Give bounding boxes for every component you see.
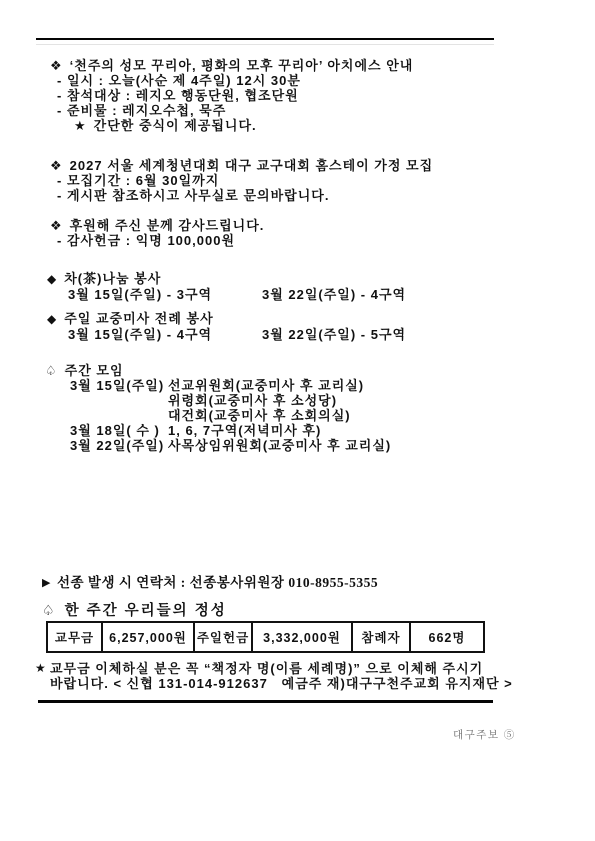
weekly-event: 사목상임위원회(교중미사 후 교리실) (168, 438, 391, 453)
service-dates-line: 3월 15일(주일) - 3구역3월 22일(주일) - 4구역 (0, 287, 595, 302)
arrow-right-icon: ▶ (42, 576, 51, 589)
bulletin-page: ❖‘천주의 성모 꾸리아, 평화의 모후 꾸리아’ 아치에스 안내 - 일시 :… (0, 0, 595, 841)
spade-icon: ♤ (42, 602, 57, 619)
weekly-row: 3월 22일(주일)사목상임위원회(교중미사 후 교리실) (0, 438, 595, 453)
star-icon: ★ (74, 118, 87, 133)
service-date-right: 3월 22일(주일) - 4구역 (262, 287, 406, 302)
service-date-left: 3월 15일(주일) - 4구역 (68, 327, 262, 342)
weekly-row: 위령회(교중미사 후 소성당) (0, 393, 595, 408)
notice-acies: ❖‘천주의 성모 꾸리아, 평화의 모후 꾸리아’ 아치에스 안내 - 일시 :… (0, 58, 595, 133)
table-cell-label: 주일헌금 (194, 622, 252, 652)
weekly-row: 3월 18일( 수 )1, 6, 7구역(저녁미사 후) (0, 423, 595, 438)
weekly-event: 대건회(교중미사 후 소회의실) (168, 408, 351, 423)
notice-title-line: ❖2027 서울 세계청년대회 대구 교구대회 홈스테이 가정 모집 (0, 158, 595, 173)
diamond-icon: ◆ (47, 312, 57, 327)
note-line: 교무금 이체하실 분은 꼭 “책정자 명(이름 세례명)” 으로 이체해 주시기 (0, 661, 595, 676)
offering-table: 교무금 6,257,000원 주일헌금 3,332,000원 참례자 662명 (46, 621, 485, 653)
offering-title: 한 주간 우리들의 정성 (65, 603, 227, 619)
table-cell-value: 3,332,000원 (252, 622, 352, 652)
transfer-note: 교무금 이체하실 분은 꼭 “책정자 명(이름 세례명)” 으로 이체해 주시기… (0, 661, 595, 691)
diamond-cross-icon: ❖ (50, 158, 63, 173)
notice-note-line: ★간단한 중식이 제공됩니다. (0, 118, 595, 133)
diamond-cross-icon: ❖ (50, 218, 63, 233)
notice-line: - 준비물 : 레지오수첩, 묵주 (0, 103, 595, 118)
weekly-title: 주간 모임 (65, 363, 124, 378)
weekly-event: 선교위원회(교중미사 후 교리실) (168, 378, 364, 393)
note-line: 바랍니다. < 신협 131-014-912637 예금주 재)대구구천주교회 … (0, 676, 595, 691)
service-title-line: ◆주일 교중미사 전례 봉사 (0, 311, 595, 327)
page-footer-label: 대구주보 ⑤ (453, 727, 516, 742)
weekly-row: 대건회(교중미사 후 소회의실) (0, 408, 595, 423)
weekly-meetings: ♤주간 모임 3월 15일(주일)선교위원회(교중미사 후 교리실) 위령회(교… (0, 363, 595, 453)
weekly-event: 위령회(교중미사 후 소성당) (168, 393, 337, 408)
notice-title: 2027 서울 세계청년대회 대구 교구대회 홈스테이 가정 모집 (70, 158, 433, 173)
service-date-right: 3월 22일(주일) - 5구역 (262, 327, 406, 342)
weekly-event: 1, 6, 7구역(저녁미사 후) (168, 423, 321, 438)
offering-title-line: ♤한 주간 우리들의 정성 (0, 599, 595, 620)
service-title: 주일 교중미사 전례 봉사 (64, 311, 213, 326)
spade-icon: ♤ (45, 363, 58, 378)
service-tea: ◆차(茶)나눔 봉사 3월 15일(주일) - 3구역3월 22일(주일) - … (0, 271, 595, 302)
weekly-date: 3월 18일( 수 ) (70, 423, 168, 438)
notice-homestay: ❖2027 서울 세계청년대회 대구 교구대회 홈스테이 가정 모집 - 모집기… (0, 158, 595, 203)
table-cell-label: 교무금 (47, 622, 102, 652)
bottom-rule (38, 700, 493, 703)
death-contact-line: ▶선종 발생 시 연락처 : 선종봉사위원장 010-8955-5355 (0, 571, 595, 591)
diamond-cross-icon: ❖ (50, 58, 63, 73)
death-contact-text: 선종 발생 시 연락처 : 선종봉사위원장 010-8955-5355 (57, 575, 378, 590)
service-date-left: 3월 15일(주일) - 3구역 (68, 287, 262, 302)
service-dates-line: 3월 15일(주일) - 4구역3월 22일(주일) - 5구역 (0, 327, 595, 342)
weekly-date: 3월 22일(주일) (70, 438, 168, 453)
top-rule (36, 38, 494, 40)
diamond-icon: ◆ (47, 272, 57, 287)
notice-title: ‘천주의 성모 꾸리아, 평화의 모후 꾸리아’ 아치에스 안내 (70, 58, 414, 73)
service-title: 차(茶)나눔 봉사 (64, 271, 161, 286)
notice-title-line: ❖후원해 주신 분께 감사드립니다. (0, 218, 595, 233)
notice-line: - 참석대상 : 레지오 행동단원, 협조단원 (0, 88, 595, 103)
notice-line: - 모집기간 : 6월 30일까지 (0, 173, 595, 188)
notice-title-line: ❖‘천주의 성모 꾸리아, 평화의 모후 꾸리아’ 아치에스 안내 (0, 58, 595, 73)
notice-title: 후원해 주신 분께 감사드립니다. (70, 218, 265, 233)
table-cell-value: 6,257,000원 (102, 622, 194, 652)
table-cell-label: 참례자 (352, 622, 410, 652)
weekly-date: 3월 15일(주일) (70, 378, 168, 393)
top-rule-shadow (36, 44, 494, 45)
notice-line: - 게시판 참조하시고 사무실로 문의바랍니다. (0, 188, 595, 203)
notice-note: 간단한 중식이 제공됩니다. (94, 118, 257, 133)
service-title-line: ◆차(茶)나눔 봉사 (0, 271, 595, 287)
notice-line: - 일시 : 오늘(사순 제 4주일) 12시 30분 (0, 73, 595, 88)
table-cell-value: 662명 (410, 622, 484, 652)
weekly-row: 3월 15일(주일)선교위원회(교중미사 후 교리실) (0, 378, 595, 393)
notice-thanks: ❖후원해 주신 분께 감사드립니다. - 감사헌금 : 익명 100,000원 (0, 218, 595, 248)
notice-line: - 감사헌금 : 익명 100,000원 (0, 233, 595, 248)
table-row: 교무금 6,257,000원 주일헌금 3,332,000원 참례자 662명 (47, 622, 484, 652)
service-liturgy: ◆주일 교중미사 전례 봉사 3월 15일(주일) - 4구역3월 22일(주일… (0, 311, 595, 342)
weekly-title-line: ♤주간 모임 (0, 363, 595, 378)
